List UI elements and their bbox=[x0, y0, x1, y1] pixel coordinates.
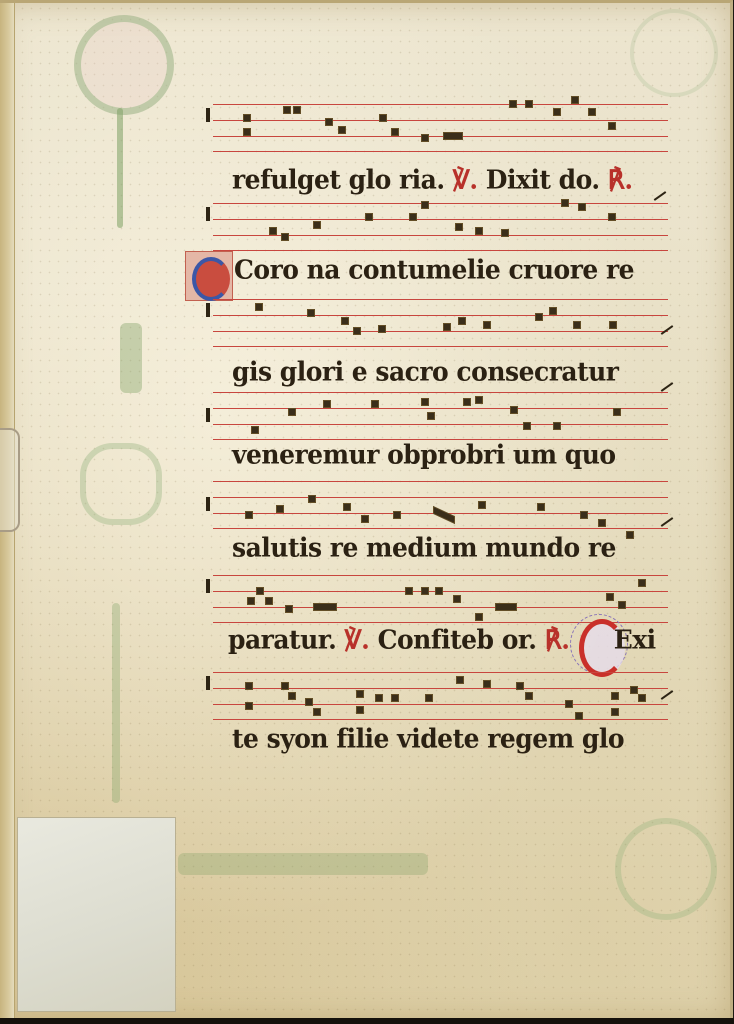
background-edge bbox=[0, 1018, 734, 1024]
manuscript-page: refulget glo ria. ℣. Dixit do. ℟. Coro n… bbox=[0, 0, 733, 1021]
offset-vine-lower bbox=[112, 603, 120, 803]
music-staff-4 bbox=[213, 392, 668, 440]
music-staff-2 bbox=[213, 203, 668, 251]
decorated-initial-c bbox=[185, 251, 233, 301]
music-staff-7 bbox=[213, 672, 668, 720]
offset-roundel-bottom-right bbox=[615, 818, 717, 920]
lyric-line-5: salutis re medium mundo re bbox=[232, 532, 616, 562]
offset-roundel-top-right bbox=[630, 9, 718, 97]
music-staff-3 bbox=[213, 299, 668, 347]
offset-vine-bottom bbox=[178, 853, 428, 875]
c-clef-icon bbox=[206, 497, 210, 511]
music-staff-1 bbox=[213, 104, 668, 152]
clasp-mark bbox=[0, 428, 20, 532]
c-clef-icon bbox=[206, 108, 210, 122]
music-staff-5 bbox=[213, 481, 668, 529]
lyric-line-6: paratur. ℣. Confiteb or. ℟. Exi bbox=[228, 624, 656, 654]
lyric-line-4: veneremur obprobri um quo bbox=[232, 439, 616, 469]
offset-rosette bbox=[80, 443, 162, 525]
paper-label-patch bbox=[17, 817, 176, 1012]
c-clef-icon bbox=[206, 207, 210, 221]
offset-roundel-top-left bbox=[74, 15, 174, 115]
lyric-line-3: gis glori e sacro consecratur bbox=[232, 356, 618, 386]
c-clef-icon bbox=[206, 408, 210, 422]
lyric-line-2: Coro na contumelie cruore re bbox=[234, 254, 634, 284]
c-clef-icon bbox=[206, 579, 210, 593]
c-clef-icon bbox=[206, 303, 210, 317]
lyric-line-7: te syon filie videte regem glo bbox=[232, 723, 624, 753]
offset-vine-stem bbox=[117, 108, 123, 228]
c-clef-icon bbox=[206, 676, 210, 690]
lyric-line-1: refulget glo ria. ℣. Dixit do. ℟. bbox=[232, 164, 633, 194]
offset-vine-leaf bbox=[120, 323, 142, 393]
